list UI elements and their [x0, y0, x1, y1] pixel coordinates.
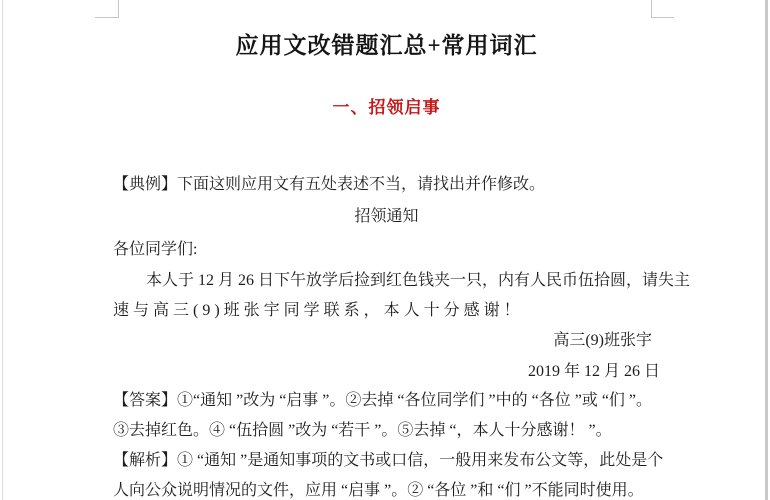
answer-line-1: 【答案】①“通知 ”改为 “启事 ”。②去掉 “各位同学们 ”中的 “各位 ”或…: [113, 391, 660, 411]
answer-line-2: ③去掉红色。④ “伍拾圆 ”改为 “若干 ”。⑤去掉 “，本人十分感谢！ ”。: [113, 421, 660, 441]
analysis-line-2: 人向公众说明情况的文件，应用 “启事 ”。② “各位 ”和 “们 ”不能同时使用…: [113, 481, 660, 500]
page-right-edge: [765, 0, 768, 500]
page-left-edge: [2, 0, 3, 500]
notice-body-line-1: 本人于 12 月 26 日下午放学后捡到红色钱夹一只，内有人民币伍拾圆，请失主: [113, 271, 660, 291]
analysis-line-1: 【解析】① “通知 ”是通知事项的文书或口信，一般用来发布公文等，此处是个: [113, 451, 660, 471]
notice-title: 招领通知: [113, 207, 660, 227]
notice-date: 2019 年 12 月 26 日: [113, 362, 660, 382]
document-page: 应用文改错题汇总+常用词汇 一、招领启事 【典例】下面这则应用文有五处表述不当，…: [0, 0, 770, 500]
section-heading: 一、招领启事: [113, 93, 660, 118]
example-intro-line: 【典例】下面这则应用文有五处表述不当，请找出并作修改。: [113, 175, 660, 195]
notice-salutation: 各位同学们:: [113, 240, 660, 260]
notice-signature: 高三(9)班张宇: [113, 331, 660, 351]
document-title: 应用文改错题汇总+常用词汇: [113, 27, 660, 60]
text-boundary-mark-right: [651, 0, 674, 18]
notice-body-line-2: 速与高三(9)班张宇同学联系，本人十分感谢！: [113, 301, 660, 321]
text-boundary-mark-left: [95, 0, 119, 18]
